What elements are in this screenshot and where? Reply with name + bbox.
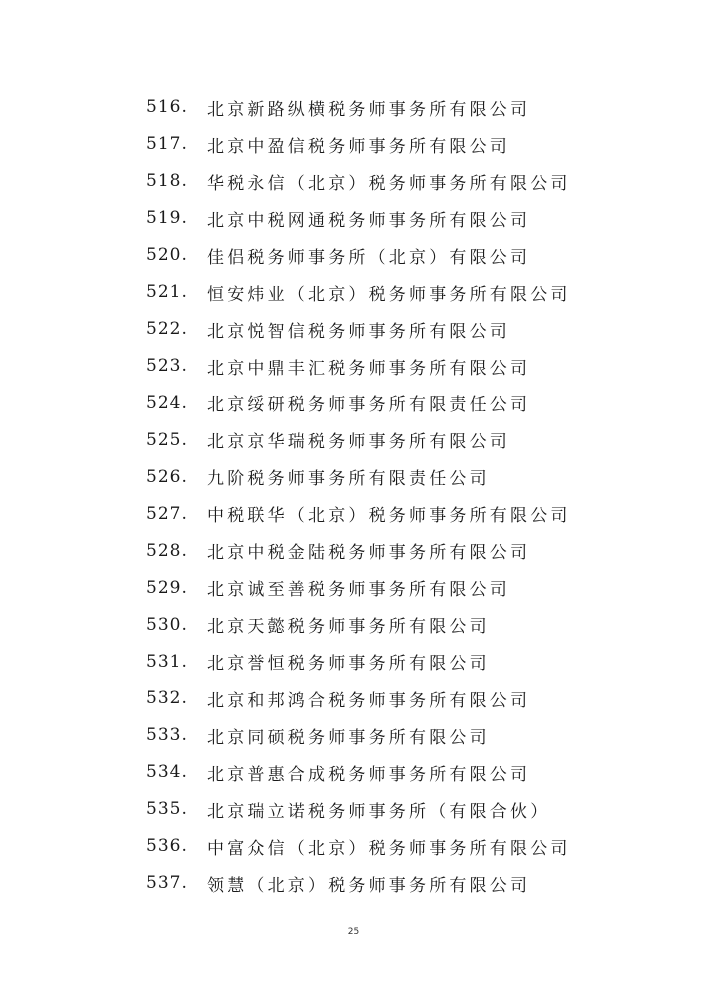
item-number: 520. [146,245,207,265]
item-number: 518. [146,171,207,191]
firm-name: 恒安炜业（北京）税务师事务所有限公司 [207,280,571,305]
item-number: 527. [146,504,207,524]
firm-name: 北京天懿税务师事务所有限公司 [207,612,490,637]
list-item: 536.中富众信（北京）税务师事务所有限公司 [146,828,571,865]
list-item: 535.北京瑞立诺税务师事务所（有限合伙） [146,791,571,828]
firm-list: 516.北京新路纵横税务师事务所有限公司 517.北京中盈信税务师事务所有限公司… [146,89,571,902]
firm-name: 北京誉恒税务师事务所有限公司 [207,649,490,674]
item-number: 533. [146,725,207,745]
list-item: 528.北京中税金陆税务师事务所有限公司 [146,532,571,569]
firm-name: 华税永信（北京）税务师事务所有限公司 [207,169,571,194]
list-item: 532.北京和邦鸿合税务师事务所有限公司 [146,680,571,717]
firm-name: 北京中盈信税务师事务所有限公司 [207,132,510,157]
item-number: 525. [146,430,207,450]
firm-name: 佳侣税务师事务所（北京）有限公司 [207,243,530,268]
item-number: 517. [146,134,207,154]
firm-name: 九阶税务师事务所有限责任公司 [207,464,490,489]
document-page: 516.北京新路纵横税务师事务所有限公司 517.北京中盈信税务师事务所有限公司… [0,0,707,999]
list-item: 533.北京同硕税务师事务所有限公司 [146,717,571,754]
item-number: 532. [146,688,207,708]
item-number: 519. [146,208,207,228]
item-number: 526. [146,467,207,487]
firm-name: 中富众信（北京）税务师事务所有限公司 [207,834,571,859]
item-number: 516. [146,97,207,117]
item-number: 528. [146,541,207,561]
page-number: 25 [0,927,707,937]
list-item: 526.九阶税务师事务所有限责任公司 [146,458,571,495]
list-item: 537.领慧（北京）税务师事务所有限公司 [146,865,571,902]
firm-name: 北京诚至善税务师事务所有限公司 [207,575,510,600]
item-number: 531. [146,652,207,672]
item-number: 522. [146,319,207,339]
list-item: 524.北京绥研税务师事务所有限责任公司 [146,385,571,422]
list-item: 522.北京悦智信税务师事务所有限公司 [146,311,571,348]
firm-name: 北京中税网通税务师事务所有限公司 [207,206,530,231]
list-item: 521.恒安炜业（北京）税务师事务所有限公司 [146,274,571,311]
firm-name: 北京和邦鸿合税务师事务所有限公司 [207,686,530,711]
list-item: 519.北京中税网通税务师事务所有限公司 [146,200,571,237]
firm-name: 北京新路纵横税务师事务所有限公司 [207,95,530,120]
item-number: 529. [146,578,207,598]
list-item: 520.佳侣税务师事务所（北京）有限公司 [146,237,571,274]
firm-name: 北京瑞立诺税务师事务所（有限合伙） [207,797,550,822]
list-item: 529.北京诚至善税务师事务所有限公司 [146,569,571,606]
item-number: 535. [146,799,207,819]
list-item: 527.中税联华（北京）税务师事务所有限公司 [146,495,571,532]
firm-name: 北京普惠合成税务师事务所有限公司 [207,760,530,785]
firm-name: 领慧（北京）税务师事务所有限公司 [207,871,530,896]
item-number: 534. [146,762,207,782]
item-number: 536. [146,836,207,856]
list-item: 531.北京誉恒税务师事务所有限公司 [146,643,571,680]
item-number: 521. [146,282,207,302]
list-item: 516.北京新路纵横税务师事务所有限公司 [146,89,571,126]
list-item: 530.北京天懿税务师事务所有限公司 [146,606,571,643]
list-item: 518.华税永信（北京）税务师事务所有限公司 [146,163,571,200]
firm-name: 北京中鼎丰汇税务师事务所有限公司 [207,354,530,379]
item-number: 524. [146,393,207,413]
item-number: 537. [146,873,207,893]
firm-name: 中税联华（北京）税务师事务所有限公司 [207,501,571,526]
firm-name: 北京绥研税务师事务所有限责任公司 [207,390,530,415]
firm-name: 北京悦智信税务师事务所有限公司 [207,317,510,342]
firm-name: 北京同硕税务师事务所有限公司 [207,723,490,748]
item-number: 530. [146,615,207,635]
firm-name: 北京中税金陆税务师事务所有限公司 [207,538,530,563]
list-item: 523.北京中鼎丰汇税务师事务所有限公司 [146,348,571,385]
list-item: 517.北京中盈信税务师事务所有限公司 [146,126,571,163]
firm-name: 北京京华瑞税务师事务所有限公司 [207,427,510,452]
list-item: 534.北京普惠合成税务师事务所有限公司 [146,754,571,791]
list-item: 525.北京京华瑞税务师事务所有限公司 [146,421,571,458]
item-number: 523. [146,356,207,376]
